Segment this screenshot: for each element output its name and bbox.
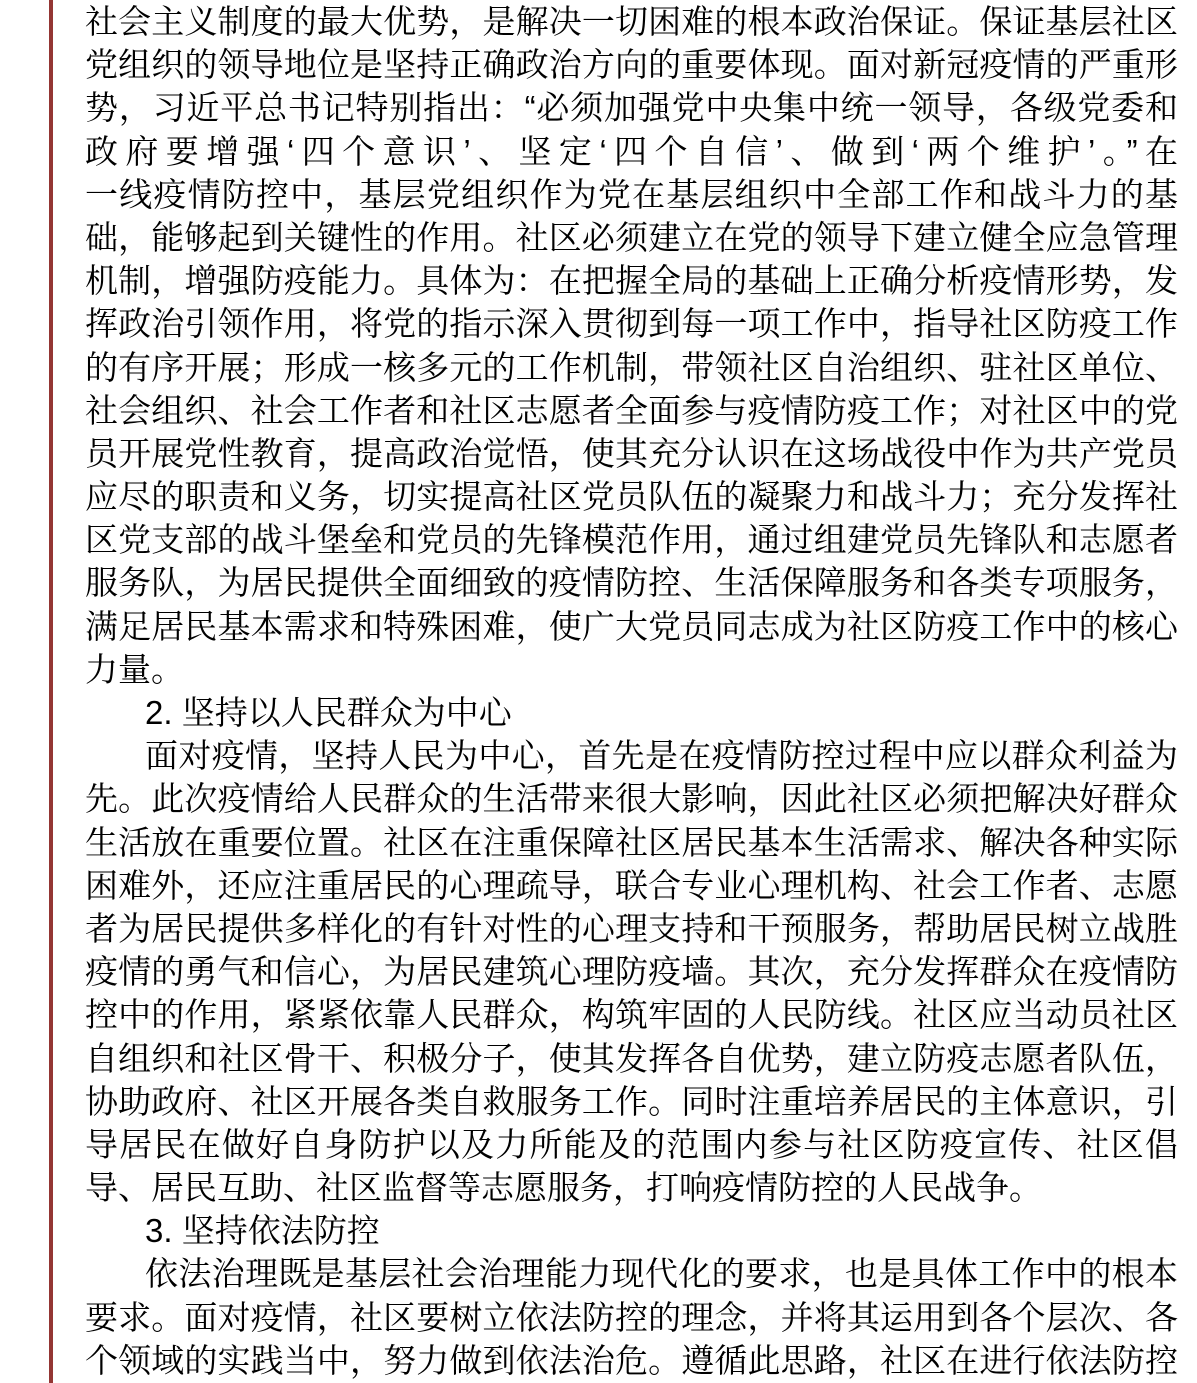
text-line: 疫情的勇气和信心，为居民建筑心理防疫墙。其次，充分发挥群众在疫情防 (85, 950, 1178, 993)
text-line: 员开展党性教育，提高政治觉悟，使其充分认识在这场战役中作为共产党员 (85, 432, 1178, 475)
text-line: 挥政治引领作用，将党的指示深入贯彻到每一项工作中，指导社区防疫工作 (85, 302, 1178, 345)
text-line: 自组织和社区骨干、积极分子，使其发挥各自优势，建立防疫志愿者队伍， (85, 1037, 1178, 1080)
revision-margin-line (49, 0, 53, 1383)
text-line: 控中的作用，紧紧依靠人民群众，构筑牢固的人民防线。社区应当动员社区 (85, 993, 1178, 1036)
section-heading-2: 2. 坚持以人民群众为中心 (85, 691, 1178, 734)
text-line: 力量。 (85, 648, 1178, 691)
text-line: 协助政府、社区开展各类自救服务工作。同时注重培养居民的主体意识，引 (85, 1080, 1178, 1123)
text-line: 者为居民提供多样化的有针对性的心理支持和干预服务，帮助居民树立战胜 (85, 907, 1178, 950)
text-line: 个领域的实践当中，努力做到依法治危。遵循此思路，社区在进行依法防控 (85, 1339, 1178, 1382)
text-line: 势，习近平总书记特别指出：“必须加强党中央集中统一领导，各级党委和 (85, 86, 1178, 129)
text-line: 依法治理既是基层社会治理能力现代化的要求，也是具体工作中的根本 (85, 1252, 1178, 1295)
text-line: 困难外，还应注重居民的心理疏导，联合专业心理机构、社会工作者、志愿 (85, 864, 1178, 907)
text-line: 服务队，为居民提供全面细致的疫情防控、生活保障服务和各类专项服务， (85, 561, 1178, 604)
text-line: 政府要增强‘四个意识’、坚定‘四个自信’、做到‘两个维护’。”在 (85, 130, 1178, 173)
text-line: 生活放在重要位置。社区在注重保障社区居民基本生活需求、解决各种实际 (85, 821, 1178, 864)
text-line: 社会组织、社会工作者和社区志愿者全面参与疫情防疫工作；对社区中的党 (85, 389, 1178, 432)
text-line: 础，能够起到关键性的作用。社区必须建立在党的领导下建立健全应急管理 (85, 216, 1178, 259)
text-line: 导、居民互助、社区监督等志愿服务，打响疫情防控的人民战争。 (85, 1166, 1178, 1209)
document-text-block: 社会主义制度的最大优势，是解决一切困难的根本政治保证。保证基层社区党组织的领导地… (85, 0, 1178, 1382)
text-line: 应尽的职责和义务，切实提高社区党员队伍的凝聚力和战斗力；充分发挥社 (85, 475, 1178, 518)
text-line: 党组织的领导地位是坚持正确政治方向的重要体现。面对新冠疫情的严重形 (85, 43, 1178, 86)
text-line: 先。此次疫情给人民群众的生活带来很大影响，因此社区必须把解决好群众 (85, 777, 1178, 820)
text-line: 导居民在做好自身防护以及力所能及的范围内参与社区防疫宣传、社区倡 (85, 1123, 1178, 1166)
text-line: 区党支部的战斗堡垒和党员的先锋模范作用，通过组建党员先锋队和志愿者 (85, 518, 1178, 561)
text-line: 机制，增强防疫能力。具体为：在把握全局的基础上正确分析疫情形势，发 (85, 259, 1178, 302)
text-line: 一线疫情防控中，基层党组织作为党在基层组织中全部工作和战斗力的基 (85, 173, 1178, 216)
text-line: 要求。面对疫情，社区要树立依法防控的理念，并将其运用到各个层次、各 (85, 1296, 1178, 1339)
text-line: 满足居民基本需求和特殊困难，使广大党员同志成为社区防疫工作中的核心 (85, 605, 1178, 648)
text-line: 面对疫情，坚持人民为中心，首先是在疫情防控过程中应以群众利益为 (85, 734, 1178, 777)
text-line: 的有序开展；形成一核多元的工作机制，带领社区自治组织、驻社区单位、 (85, 346, 1178, 389)
section-heading-3: 3. 坚持依法防控 (85, 1209, 1178, 1252)
text-line: 社会主义制度的最大优势，是解决一切困难的根本政治保证。保证基层社区 (85, 0, 1178, 43)
